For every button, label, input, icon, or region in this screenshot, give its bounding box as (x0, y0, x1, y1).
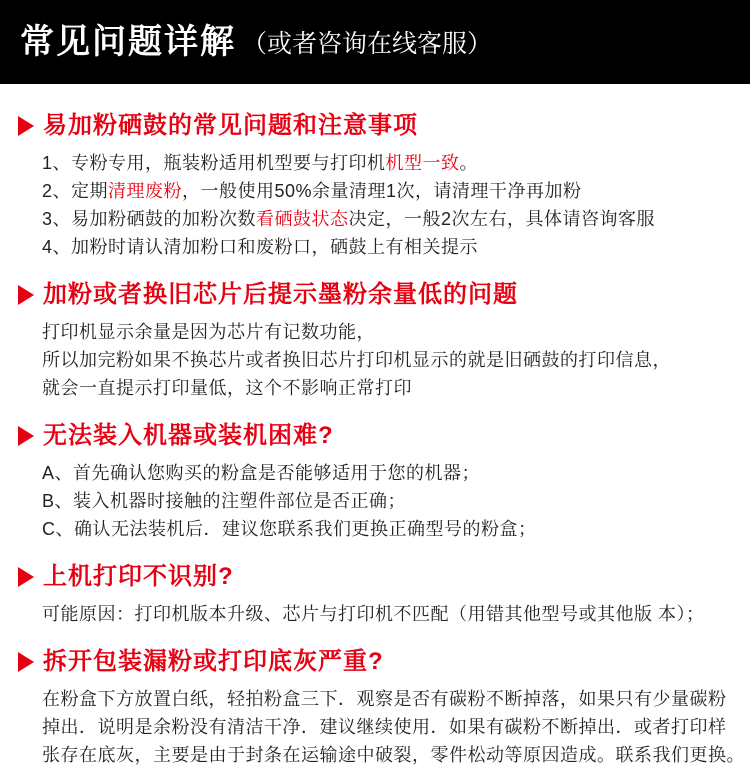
faq-sections: 易加粉硒鼓的常见问题和注意事项1、专粉专用，瓶装粉适用机型要与打印机机型一致。2… (0, 114, 750, 769)
faq-line: 4、加粉时请认清加粉口和废粉口，硒鼓上有相关提示 (42, 233, 750, 261)
section-header: 上机打印不识别? (18, 565, 750, 589)
body-text: 张存在底灰，主要是由于封条在运输途中破裂，零件松动等原因造成。联系我们更换。 (42, 745, 745, 765)
body-text: 可能原因：打印机版本升级、芯片与打印机不匹配（用错其他型号或其他版 本）； (42, 604, 705, 624)
faq-line: 可能原因：打印机版本升级、芯片与打印机不匹配（用错其他型号或其他版 本）； (42, 600, 750, 628)
body-text: 打印机显示余量是因为芯片有记数功能， (42, 322, 375, 342)
section-title: 加粉或者换旧芯片后提示墨粉余量低的问题 (43, 283, 518, 307)
body-text: 所以加完粉如果不换芯片或者换旧芯片打印机显示的就是旧硒鼓的打印信息， (42, 350, 671, 370)
body-text: 。 (460, 153, 479, 173)
section-header: 加粉或者换旧芯片后提示墨粉余量低的问题 (18, 283, 750, 307)
section-body: A、首先确认您购买的粉盒是否能够适用于您的机器；B、装入机器时接触的注塑件部位是… (18, 459, 750, 543)
faq-line: C、确认无法装机后．建议您联系我们更换正确型号的粉盒； (42, 515, 750, 543)
body-text: C、确认无法装机后．建议您联系我们更换正确型号的粉盒； (42, 519, 537, 539)
faq-section: 易加粉硒鼓的常见问题和注意事项1、专粉专用，瓶装粉适用机型要与打印机机型一致。2… (18, 114, 750, 261)
section-body: 打印机显示余量是因为芯片有记数功能，所以加完粉如果不换芯片或者换旧芯片打印机显示… (18, 318, 750, 402)
faq-section: 拆开包装漏粉或打印底灰严重?在粉盒下方放置白纸，轻拍粉盒三下．观察是否有碳粉不断… (18, 650, 750, 769)
faq-line: 就会一直提示打印量低，这个不影响正常打印 (42, 374, 750, 402)
faq-section: 无法装入机器或装机困难?A、首先确认您购买的粉盒是否能够适用于您的机器；B、装入… (18, 424, 750, 543)
faq-line: 在粉盒下方放置白纸，轻拍粉盒三下．观察是否有碳粉不断掉落，如果只有少量碳粉 (42, 685, 750, 713)
section-body: 在粉盒下方放置白纸，轻拍粉盒三下．观察是否有碳粉不断掉落，如果只有少量碳粉掉出．… (18, 685, 750, 769)
highlighted-text: 机型一致 (386, 153, 460, 173)
body-text: B、装入机器时接触的注塑件部位是否正确； (42, 491, 406, 511)
body-text: 掉出．说明是余粉没有清洁干净．建议继续使用．如果有碳粉不断掉出．或者打印样 (42, 717, 727, 737)
faq-line: 3、易加粉硒鼓的加粉次数看硒鼓状态决定，一般2次左右，具体请咨询客服 (42, 205, 750, 233)
arrow-right-icon (18, 652, 34, 672)
page-subtitle: （或者咨询在线客服） (242, 32, 492, 57)
section-body: 1、专粉专用，瓶装粉适用机型要与打印机机型一致。2、定期清理废粉，一般使用50%… (18, 149, 750, 261)
arrow-right-icon (18, 285, 34, 305)
faq-line: 1、专粉专用，瓶装粉适用机型要与打印机机型一致。 (42, 149, 750, 177)
section-header: 无法装入机器或装机困难? (18, 424, 750, 448)
faq-line: 张存在底灰，主要是由于封条在运输途中破裂，零件松动等原因造成。联系我们更换。 (42, 741, 750, 769)
body-text: 在粉盒下方放置白纸，轻拍粉盒三下．观察是否有碳粉不断掉落，如果只有少量碳粉 (42, 689, 727, 709)
arrow-right-icon (18, 116, 34, 136)
faq-section: 加粉或者换旧芯片后提示墨粉余量低的问题打印机显示余量是因为芯片有记数功能，所以加… (18, 283, 750, 402)
faq-line: 打印机显示余量是因为芯片有记数功能， (42, 318, 750, 346)
arrow-right-icon (18, 426, 34, 446)
faq-line: B、装入机器时接触的注塑件部位是否正确； (42, 487, 750, 515)
faq-line: 所以加完粉如果不换芯片或者换旧芯片打印机显示的就是旧硒鼓的打印信息， (42, 346, 750, 374)
body-text: A、首先确认您购买的粉盒是否能够适用于您的机器； (42, 463, 480, 483)
body-text: 4、加粉时请认清加粉口和废粉口，硒鼓上有相关提示 (42, 237, 478, 257)
section-title: 无法装入机器或装机困难? (43, 424, 334, 448)
body-text: ，一般使用50%余量清理1次，请清理干净再加粉 (182, 181, 582, 201)
faq-line: 2、定期清理废粉，一般使用50%余量清理1次，请清理干净再加粉 (42, 177, 750, 205)
body-text: 就会一直提示打印量低，这个不影响正常打印 (42, 378, 412, 398)
section-header: 易加粉硒鼓的常见问题和注意事项 (18, 114, 750, 138)
page-title: 常见问题详解 (20, 25, 236, 59)
body-text: 1、专粉专用，瓶装粉适用机型要与打印机 (42, 153, 386, 173)
body-text: 3、易加粉硒鼓的加粉次数 (42, 209, 256, 229)
highlighted-text: 清理废粉 (108, 181, 182, 201)
header-bar: 常见问题详解 （或者咨询在线客服） (0, 0, 750, 84)
section-title: 上机打印不识别? (43, 565, 234, 589)
faq-line: A、首先确认您购买的粉盒是否能够适用于您的机器； (42, 459, 750, 487)
section-body: 可能原因：打印机版本升级、芯片与打印机不匹配（用错其他型号或其他版 本）； (18, 600, 750, 628)
body-text: 2、定期 (42, 181, 108, 201)
faq-line: 掉出．说明是余粉没有清洁干净．建议继续使用．如果有碳粉不断掉出．或者打印样 (42, 713, 750, 741)
faq-section: 上机打印不识别?可能原因：打印机版本升级、芯片与打印机不匹配（用错其他型号或其他… (18, 565, 750, 628)
section-header: 拆开包装漏粉或打印底灰严重? (18, 650, 750, 674)
highlighted-text: 看硒鼓状态 (256, 209, 349, 229)
section-title: 易加粉硒鼓的常见问题和注意事项 (43, 114, 418, 138)
section-title: 拆开包装漏粉或打印底灰严重? (43, 650, 384, 674)
arrow-right-icon (18, 567, 34, 587)
body-text: 决定，一般2次左右，具体请咨询客服 (349, 209, 656, 229)
